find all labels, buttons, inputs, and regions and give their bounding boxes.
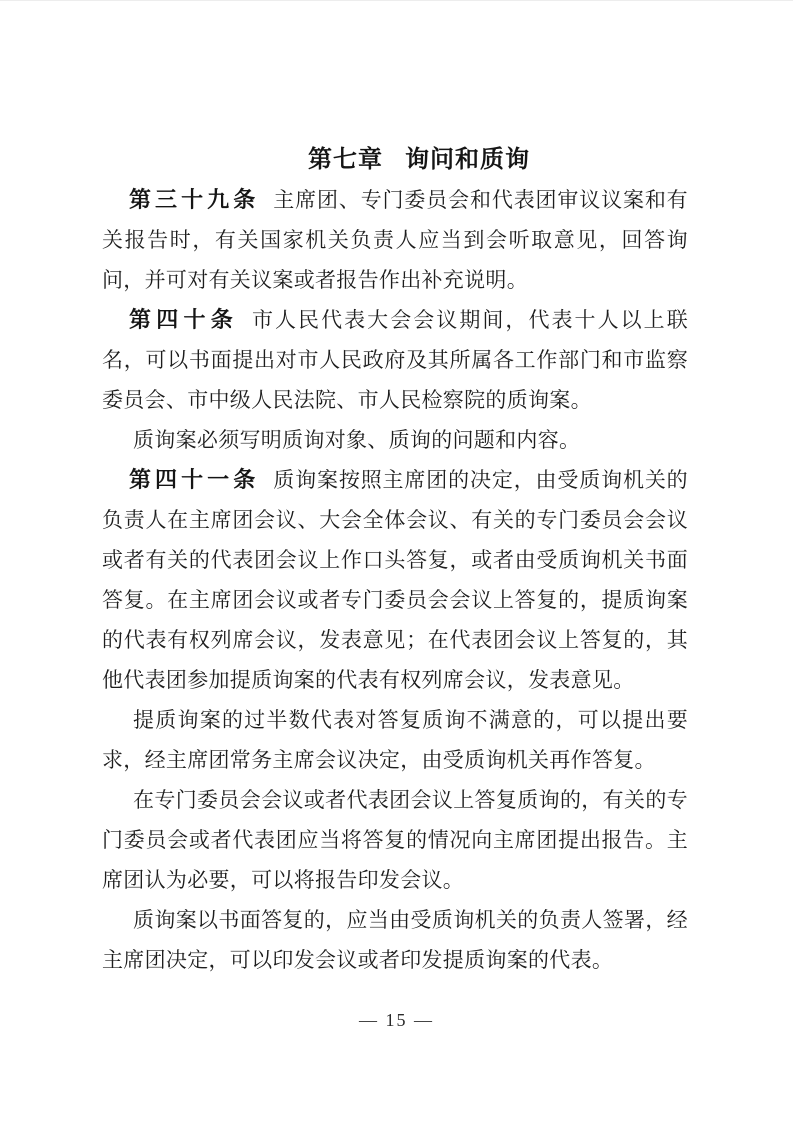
- article-40-paragraph: 第四十条市人民代表大会会议期间，代表十人以上联名，可以书面提出对市人民政府及其所…: [102, 300, 688, 420]
- article-number: 第三十九条: [129, 187, 259, 212]
- paragraph-text: 提质询案的过半数代表对答复质询不满意的，可以提出要求，经主席团常务主席会议决定，…: [102, 708, 688, 772]
- chapter-heading: 第七章询问和质询: [102, 145, 688, 175]
- page-number: — 15 —: [0, 1008, 793, 1032]
- article-number: 第四十一条: [129, 467, 259, 492]
- article-41-paragraph-4: 质询案以书面答复的，应当由受质询机关的负责人签署，经主席团决定，可以印发会议或者…: [102, 900, 688, 980]
- article-number: 第四十条: [129, 307, 238, 332]
- article-39-paragraph: 第三十九条主席团、专门委员会和代表团审议议案和有关报告时，有关国家机关负责人应当…: [102, 180, 688, 300]
- article-41-paragraph-3: 在专门委员会会议或者代表团会议上答复质询的，有关的专门委员会或者代表团应当将答复…: [102, 780, 688, 900]
- article-41-paragraph-2: 提质询案的过半数代表对答复质询不满意的，可以提出要求，经主席团常务主席会议决定，…: [102, 700, 688, 780]
- paragraph-text: 质询案必须写明质询对象、质询的问题和内容。: [133, 428, 580, 452]
- document-page: 第七章询问和质询 第三十九条主席团、专门委员会和代表团审议议案和有关报告时，有关…: [0, 0, 793, 1122]
- chapter-title-text: 询问和质询: [405, 146, 530, 173]
- article-41-paragraph: 第四十一条质询案按照主席团的决定，由受质询机关的负责人在主席团会议、大会全体会议…: [102, 460, 688, 700]
- page-top-edge-line: [0, 0, 793, 1]
- paragraph-text: 质询案按照主席团的决定，由受质询机关的负责人在主席团会议、大会全体会议、有关的专…: [102, 468, 688, 692]
- paragraph-text: 在专门委员会会议或者代表团会议上答复质询的，有关的专门委员会或者代表团应当将答复…: [102, 788, 688, 892]
- paragraph-text: 质询案以书面答复的，应当由受质询机关的负责人签署，经主席团决定，可以印发会议或者…: [102, 908, 688, 972]
- chapter-number: 第七章: [308, 146, 383, 173]
- page-content: 第七章询问和质询 第三十九条主席团、专门委员会和代表团审议议案和有关报告时，有关…: [102, 145, 688, 980]
- article-40-paragraph-2: 质询案必须写明质询对象、质询的问题和内容。: [102, 420, 688, 460]
